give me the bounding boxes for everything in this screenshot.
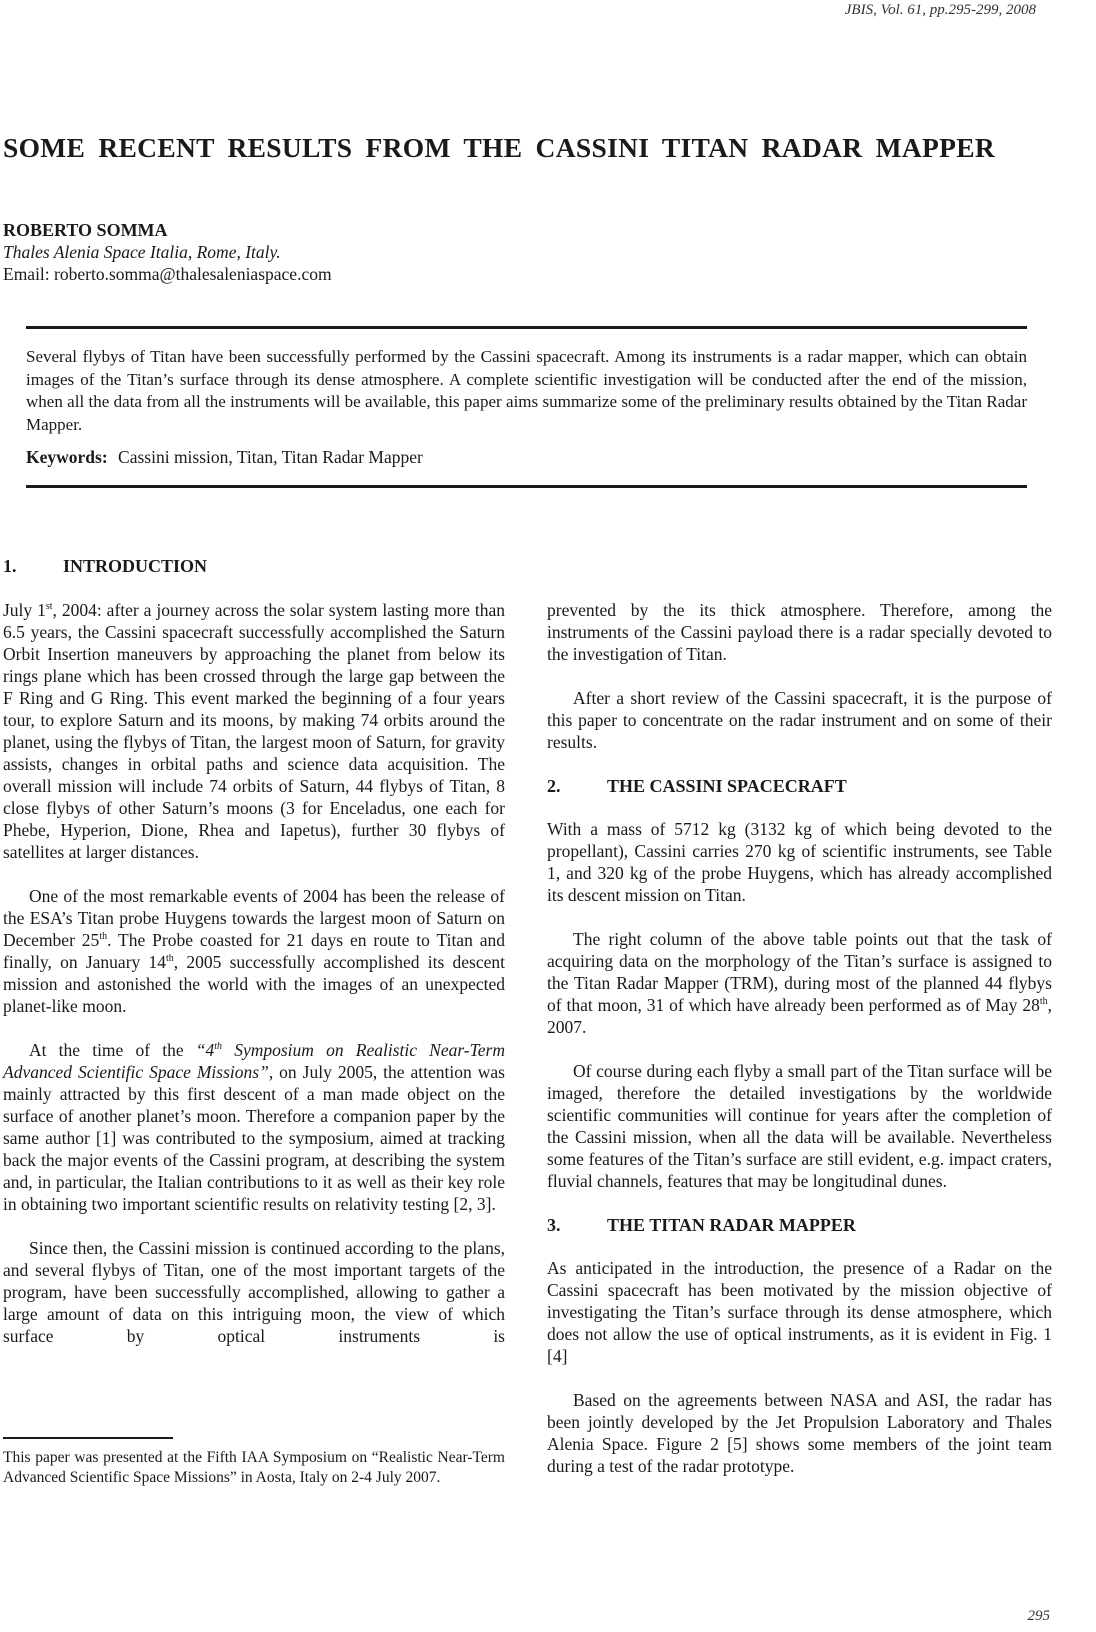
abstract-text: Several flybys of Titan have been succes…: [26, 346, 1027, 436]
spacecraft-paragraph-2: The right column of the above table poin…: [547, 928, 1052, 1038]
radar-paragraph-1: As anticipated in the introduction, the …: [547, 1257, 1052, 1367]
author-email: Email: roberto.somma@thalesaleniaspace.c…: [3, 264, 332, 285]
intro-paragraph-1: July 1st, 2004: after a journey across t…: [3, 599, 505, 863]
spacecraft-paragraph-1: With a mass of 5712 kg (3132 kg of which…: [547, 818, 1052, 906]
abstract-top-rule: [26, 326, 1027, 329]
keywords: Keywords: Cassini mission, Titan, Titan …: [26, 447, 423, 468]
journal-reference: JBIS, Vol. 61, pp.295-299, 2008: [845, 2, 1036, 19]
keywords-label: Keywords:: [26, 447, 108, 467]
spacecraft-paragraph-3: Of course during each flyby a small part…: [547, 1060, 1052, 1192]
right-column: prevented by the its thick atmosphere. T…: [547, 599, 1052, 1477]
footnote: This paper was presented at the Fifth IA…: [3, 1448, 505, 1488]
abstract-bottom-rule: [26, 485, 1027, 488]
author-name: ROBERTO SOMMA: [3, 220, 168, 241]
section-title: THE CASSINI SPACECRAFT: [607, 776, 847, 796]
footnote-rule: [3, 1437, 173, 1439]
intro-paragraph-5: After a short review of the Cassini spac…: [547, 687, 1052, 753]
page-number: 295: [1028, 1608, 1051, 1625]
radar-paragraph-2: Based on the agreements between NASA and…: [547, 1389, 1052, 1477]
section-title: INTRODUCTION: [63, 556, 207, 576]
section-heading-cassini-spacecraft: 2.THE CASSINI SPACECRAFT: [547, 775, 1052, 797]
paper-title: SOME RECENT RESULTS FROM THE CASSINI TIT…: [3, 132, 995, 164]
section-number: 1.: [3, 556, 63, 577]
section-number: 2.: [547, 775, 607, 797]
intro-paragraph-3: At the time of the “4th Symposium on Rea…: [3, 1039, 505, 1215]
intro-paragraph-2: One of the most remarkable events of 200…: [3, 885, 505, 1017]
section-heading-titan-radar-mapper: 3.THE TITAN RADAR MAPPER: [547, 1214, 1052, 1236]
section-title: THE TITAN RADAR MAPPER: [607, 1215, 856, 1235]
section-number: 3.: [547, 1214, 607, 1236]
intro-paragraph-4-continued: prevented by the its thick atmosphere. T…: [547, 599, 1052, 665]
left-column: July 1st, 2004: after a journey across t…: [3, 599, 505, 1347]
author-affiliation: Thales Alenia Space Italia, Rome, Italy.: [3, 242, 281, 263]
keywords-list: Cassini mission, Titan, Titan Radar Mapp…: [118, 447, 423, 467]
section-heading-introduction: 1.INTRODUCTION: [3, 556, 207, 577]
intro-paragraph-4: Since then, the Cassini mission is conti…: [3, 1237, 505, 1347]
